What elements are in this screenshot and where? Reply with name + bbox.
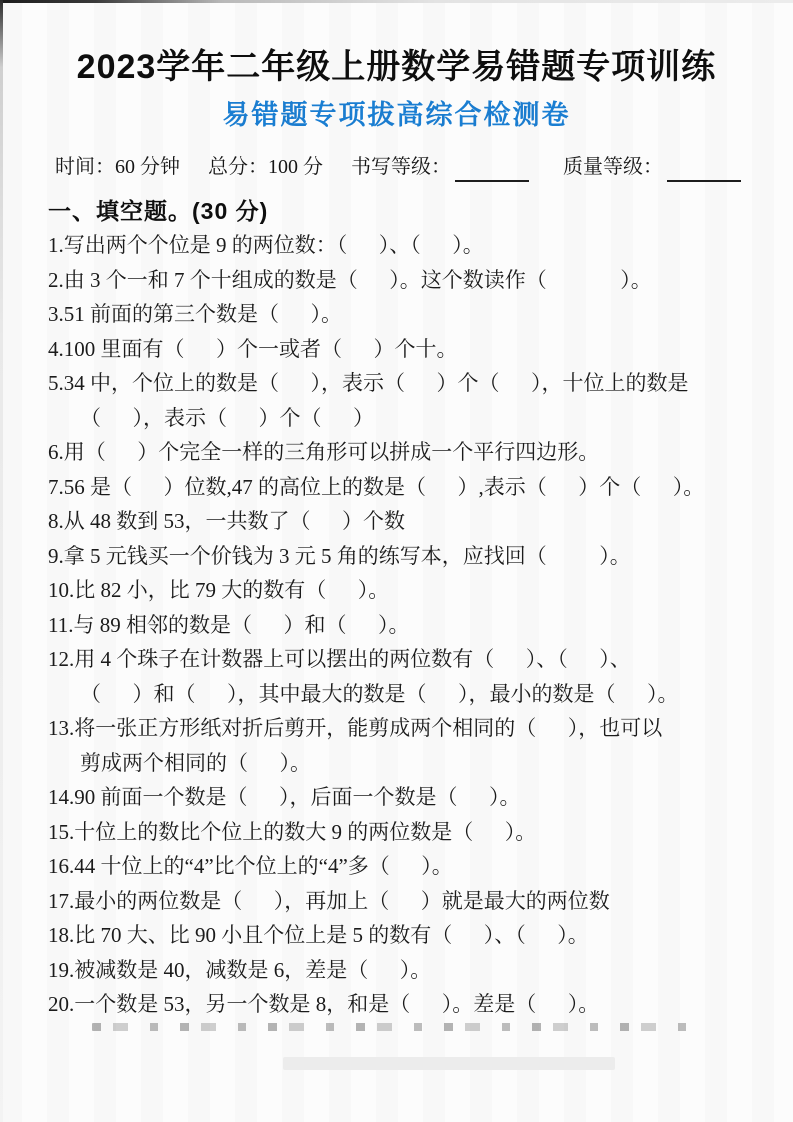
question-6: 6.用（ ）个完全一样的三角形可以拼成一个平行四边形。 bbox=[48, 435, 779, 470]
document-page: 2023学年二年级上册数学易错题专项训练 易错题专项拔高综合检测卷 时间：60 … bbox=[0, 0, 793, 1122]
info-item: 书写等级： bbox=[351, 156, 451, 178]
question-9: 9.拿 5 元钱买一个价钱为 3 元 5 角的练写本，应找回（ ）。 bbox=[48, 539, 779, 574]
question-5-continuation: （ ），表示（ ）个（ ） bbox=[48, 401, 779, 436]
question-2: 2.由 3 个一和 7 个十组成的数是（ ）。这个数读作（ ）。 bbox=[48, 263, 779, 298]
question-3: 3.51 前面的第三个数是（ ）。 bbox=[48, 297, 779, 332]
scan-edge-left bbox=[0, 0, 3, 1122]
question-19: 19.被减数是 40，减数是 6，差是（ ）。 bbox=[48, 953, 779, 988]
question-11: 11.与 89 相邻的数是（ ）和（ ）。 bbox=[48, 608, 779, 643]
question-8: 8.从 48 数到 53，一共数了（ ）个数 bbox=[48, 504, 779, 539]
question-1: 1.写出两个个位是 9 的两位数：（ ）、（ ）。 bbox=[48, 228, 779, 263]
question-13: 13.将一张正方形纸对折后剪开，能剪成两个相同的（ ），也可以 bbox=[48, 711, 779, 746]
page-subtitle: 易错题专项拔高综合检测卷 bbox=[0, 98, 793, 132]
question-14: 14.90 前面一个数是（ ），后面一个数是（ ）。 bbox=[48, 780, 779, 815]
write-in-blank bbox=[667, 160, 741, 182]
question-18: 18.比 70 大、比 90 小且个位上是 5 的数有（ ）、（ ）。 bbox=[48, 918, 779, 953]
truncated-next-line bbox=[92, 1023, 704, 1031]
question-12-continuation: （ ）和（ ），其中最大的数是（ ），最小的数是（ ）。 bbox=[48, 677, 779, 712]
question-10: 10.比 82 小，比 79 大的数有（ ）。 bbox=[48, 573, 779, 608]
question-7: 7.56 是（ ）位数,47 的高位上的数是（ ）,表示（ ）个（ ）。 bbox=[48, 470, 779, 505]
info-item: 时间：60 分钟 bbox=[55, 156, 180, 178]
exam-info-line: 时间：60 分钟总分：100 分书写等级：质量等级： bbox=[55, 152, 793, 182]
scan-smudge bbox=[283, 1057, 615, 1070]
info-item: 质量等级： bbox=[563, 156, 663, 178]
question-15: 15.十位上的数比个位上的数大 9 的两位数是（ ）。 bbox=[48, 815, 779, 850]
write-in-blank bbox=[455, 160, 529, 182]
question-4: 4.100 里面有（ ）个一或者（ ）个十。 bbox=[48, 332, 779, 367]
section-heading: 一、填空题。(30 分) bbox=[48, 196, 793, 226]
info-item: 总分：100 分 bbox=[208, 156, 323, 178]
scan-edge-top bbox=[0, 0, 793, 3]
question-16: 16.44 十位上的“4”比个位上的“4”多（ ）。 bbox=[48, 849, 779, 884]
question-13-continuation: 剪成两个相同的（ ）。 bbox=[48, 746, 779, 781]
page-title: 2023学年二年级上册数学易错题专项训练 bbox=[10, 46, 783, 88]
question-5: 5.34 中，个位上的数是（ ），表示（ ）个（ ），十位上的数是 bbox=[48, 366, 779, 401]
question-20: 20.一个数是 53，另一个数是 8，和是（ ）。差是（ ）。 bbox=[48, 987, 779, 1022]
question-12: 12.用 4 个珠子在计数器上可以摆出的两位数有（ ）、（ ）、 bbox=[48, 642, 779, 677]
question-17: 17.最小的两位数是（ ），再加上（ ）就是最大的两位数 bbox=[48, 884, 779, 919]
question-list: 1.写出两个个位是 9 的两位数：（ ）、（ ）。2.由 3 个一和 7 个十组… bbox=[48, 228, 779, 1022]
